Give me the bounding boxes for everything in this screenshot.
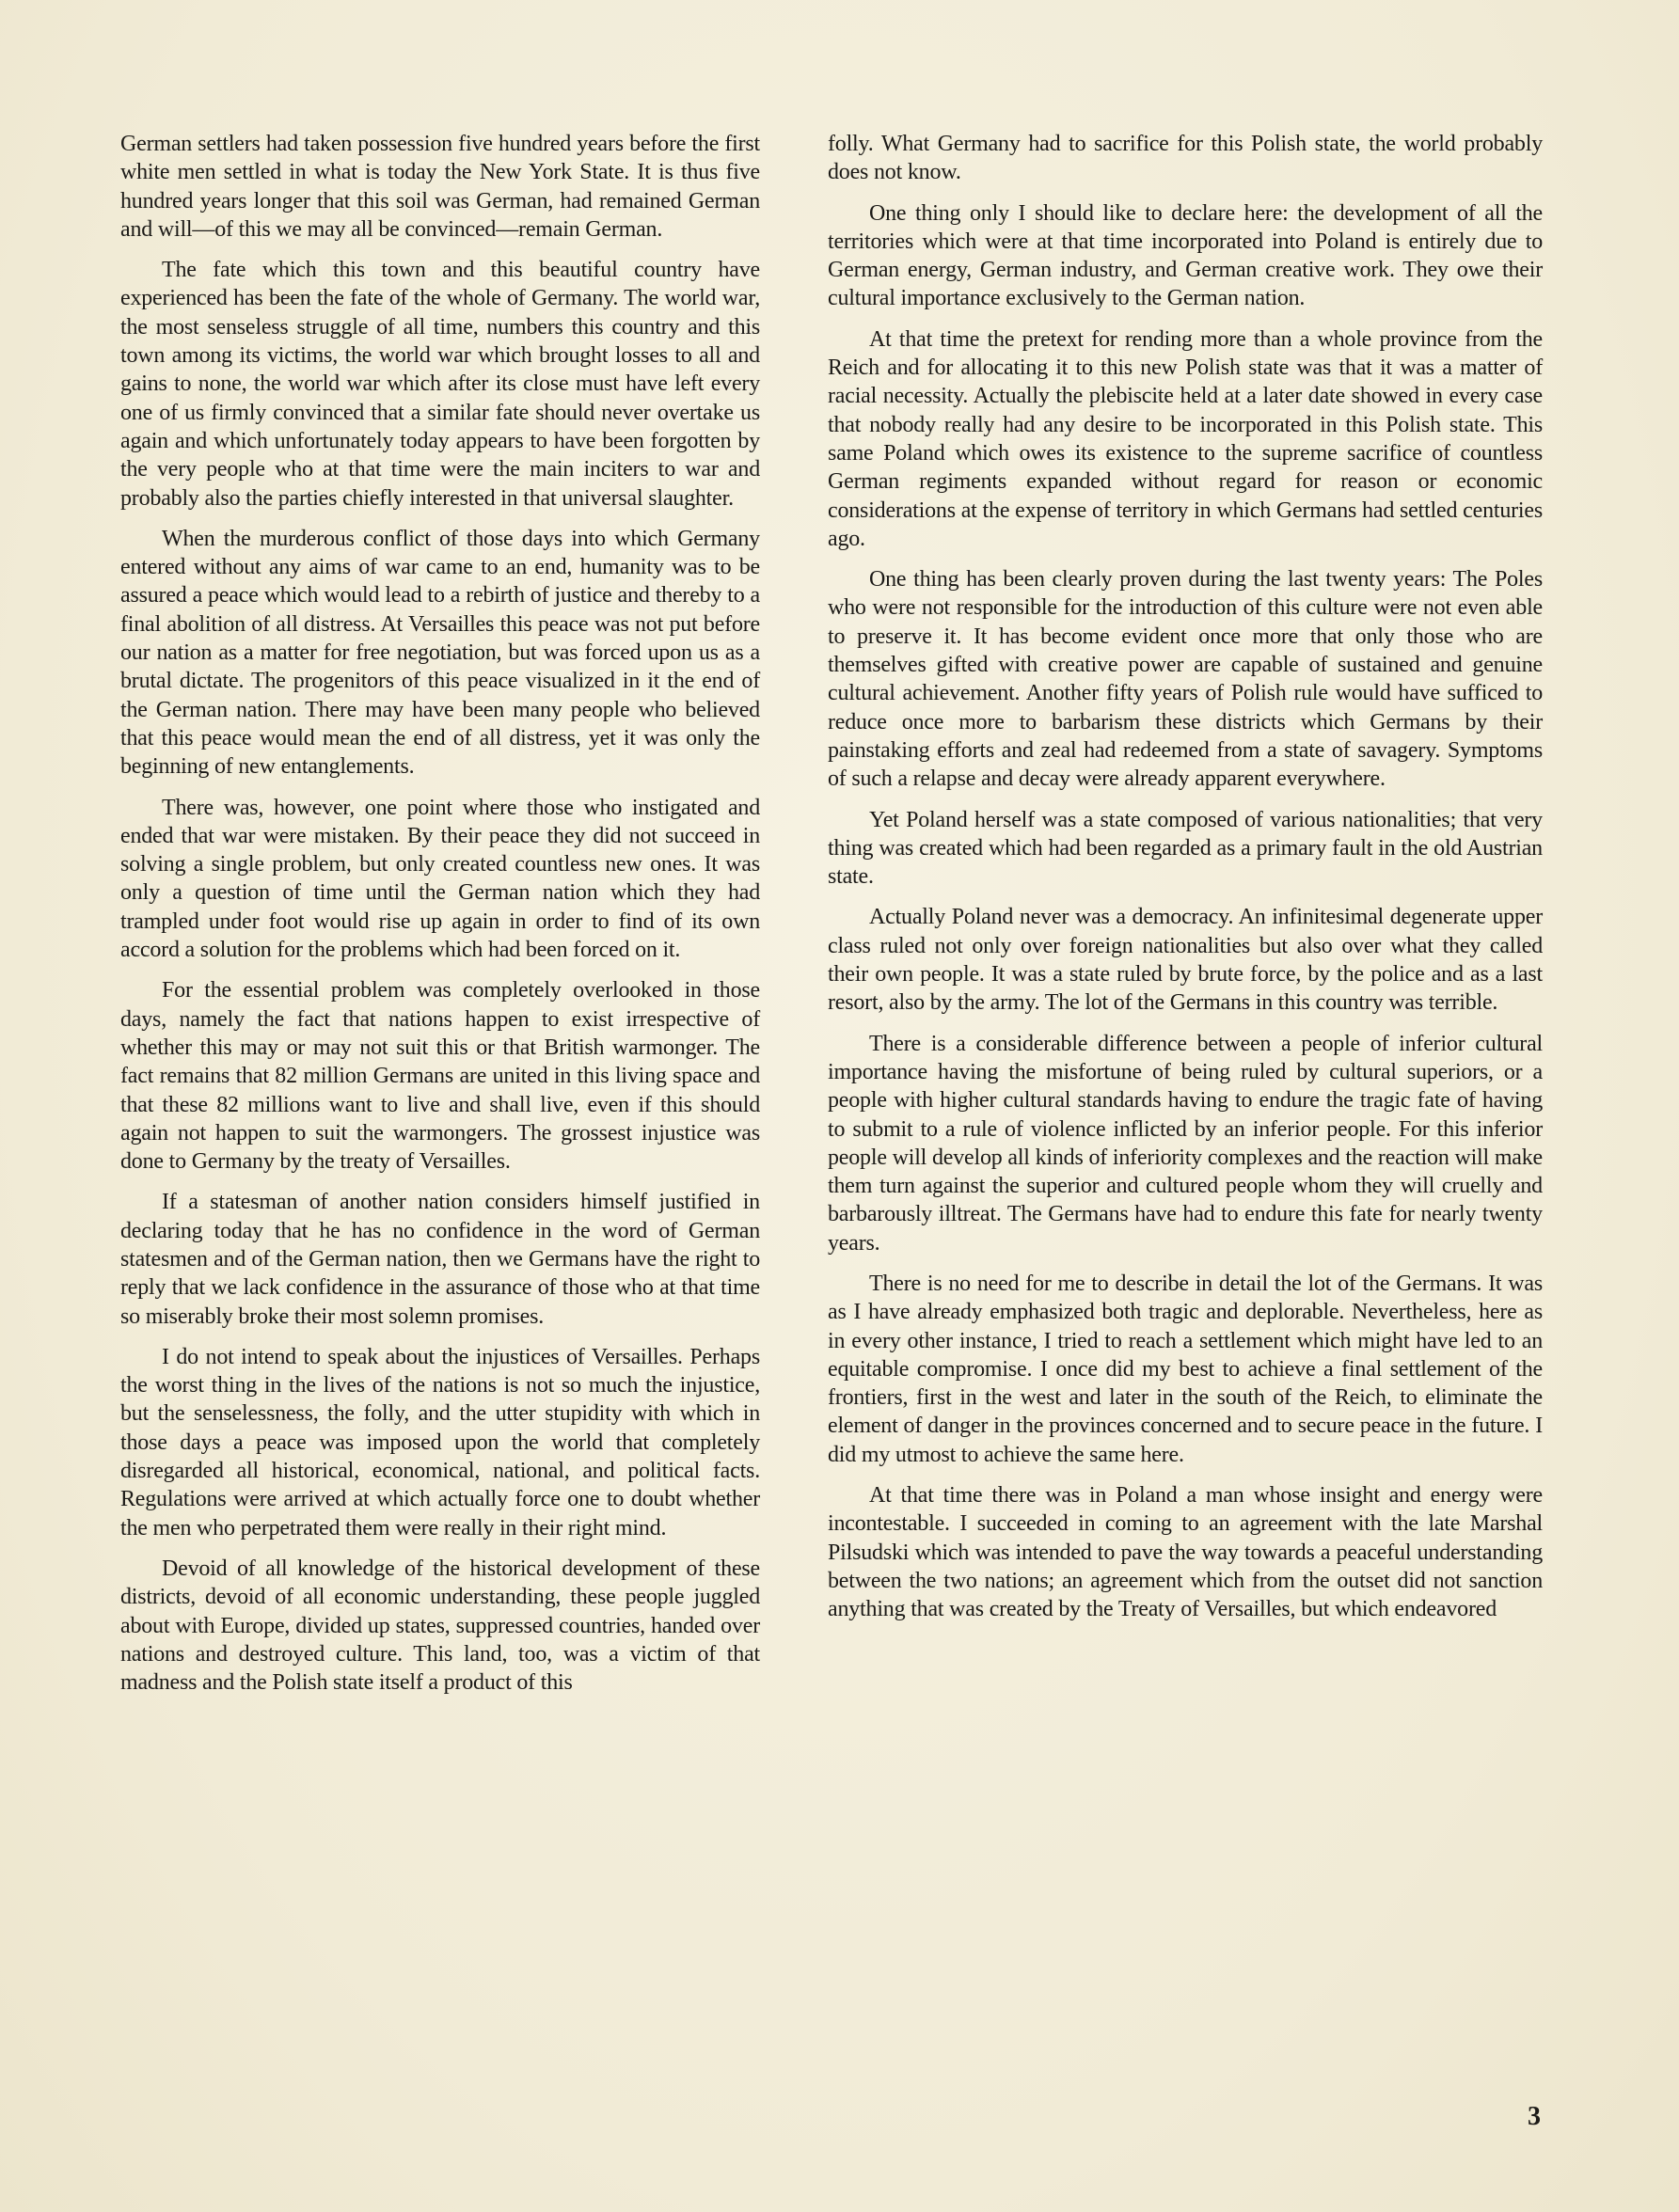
paragraph: I do not intend to speak about the injus… bbox=[120, 1343, 760, 1542]
paragraph: One thing has been clearly proven during… bbox=[828, 565, 1543, 793]
document-page: German settlers had taken possession fiv… bbox=[0, 0, 1679, 2212]
paragraph: The fate which this town and this beauti… bbox=[120, 256, 760, 513]
paragraph: There is no need for me to describe in d… bbox=[828, 1270, 1543, 1469]
paragraph: Actually Poland never was a democracy. A… bbox=[828, 903, 1543, 1017]
paragraph: folly. What Germany had to sacrifice for… bbox=[828, 130, 1543, 187]
paragraph: When the murderous conflict of those day… bbox=[120, 525, 760, 782]
right-column: folly. What Germany had to sacrifice for… bbox=[828, 130, 1543, 1636]
paragraph: German settlers had taken possession fiv… bbox=[120, 130, 760, 244]
paragraph: At that time there was in Poland a man w… bbox=[828, 1481, 1543, 1623]
paragraph: One thing only I should like to declare … bbox=[828, 199, 1543, 313]
paragraph: There was, however, one point where thos… bbox=[120, 794, 760, 965]
paragraph: At that time the pretext for rending mor… bbox=[828, 325, 1543, 553]
page-number: 3 bbox=[1528, 2102, 1541, 2132]
paragraph: Devoid of all knowledge of the historica… bbox=[120, 1555, 760, 1697]
paragraph: If a statesman of another nation conside… bbox=[120, 1188, 760, 1330]
paragraph: There is a considerable difference betwe… bbox=[828, 1030, 1543, 1257]
paragraph: Yet Poland herself was a state composed … bbox=[828, 806, 1543, 892]
paragraph: For the essential problem was completely… bbox=[120, 976, 760, 1176]
left-column: German settlers had taken possession fiv… bbox=[120, 130, 760, 1709]
